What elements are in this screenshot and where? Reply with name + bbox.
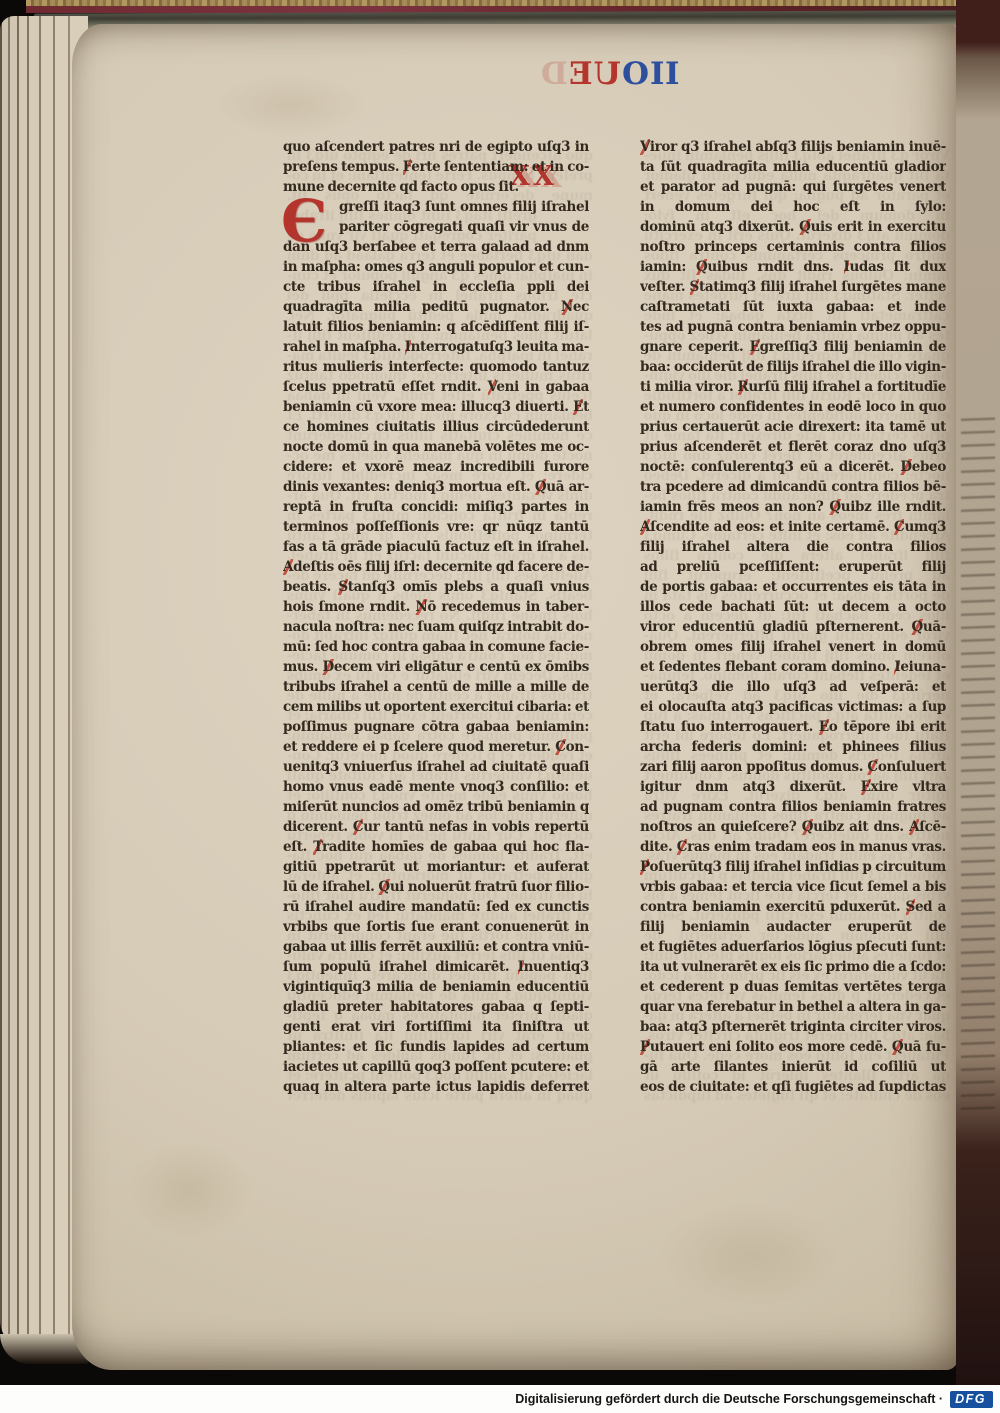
header-letter: O [622,54,649,94]
text-line: mū: ſed hoc contra gabaa in comune facie… [283,637,589,657]
rubricated-capital: A [640,519,650,535]
text-line: vigintiquīq3 milia de beniamin educentiū [283,977,589,997]
adjacent-page-text [961,417,995,1118]
text-line: et ſedentes flebant coram domino. Ieiuna… [640,657,946,677]
text-line: quaq in altera parte ictus lapidis defer… [283,1077,589,1097]
text-line: dicerent. Cur tantū nefas in vobis reper… [283,817,589,837]
rubricated-capital: N [561,299,573,315]
text-line: caſtrametati ſūt iuxta gabaa: et inde pc… [640,297,946,317]
text-line: gitiū ppetrarūt ut moriantur: et auferat… [283,857,589,877]
rubricated-capital: E [819,719,829,735]
text-line: gā arte ſilantes inierūt id coſiliū ut a… [640,1057,946,1077]
text-line: ritus mulieris interfecte: quomodo tantu… [283,357,589,377]
credit-text: Digitalisierung gefördert durch die Deut… [515,1392,943,1406]
text-line: homo vnus eadē mente vnoq3 conſilio: et [283,777,589,797]
text-line: dinis vexantes: deniq3 mortua eſt. Quā a… [283,477,589,497]
rubricated-capital: C [867,759,877,775]
text-line: beniamin cū vxore mea: illucq3 diuerti. … [283,397,589,417]
text-line: cidere: et vxorē meaz incredibili furore… [283,457,589,477]
header-letter: I [665,54,680,94]
rubricated-capital: Q [802,819,813,835]
text-line: et cederent p duas ſemitas vertētes terg… [640,977,946,997]
text-line: igitur dnm atq3 dixerūt. Exire vltra deb… [640,777,946,797]
text-line: iacietes ut capillū qoq3 poſſent pcutere… [283,1057,589,1077]
text-line: eſt. Tradite homīes de gabaa qui hoc fla… [283,837,589,857]
rubricated-capital: Q [799,219,810,235]
dfg-logo: DFG [950,1391,993,1408]
text-line: filij beniamin audacter eruperūt de ciui… [640,917,946,937]
text-line: mus. Decem viri eligātur e centū ex ōmib… [283,657,589,677]
text-line: ad pugnam contra filios beniamin fratres [640,797,946,817]
text-line: miſerūt nuncios ad omēz tribū beniamin q [283,797,589,817]
text-line: contra beniamin exercitū pduxerūt. Sed a [640,897,946,917]
text-line: cte tribus iſrahel in eccleſia ppli dei … [283,277,589,297]
text-line: vrbibs que ſortis ſue erant conuenerūt i… [283,917,589,937]
rubricated-capital: A [909,819,919,835]
text-line: prius aſcenderēt et flerēt coraz dno uſq… [640,437,946,457]
text-line: genti erat viri fortiſſimi ita ſiniſtra … [283,1017,589,1037]
text-line: ita ut vulnerarēt ex eis ſic primo die a… [640,957,946,977]
page-scan-image: DEUOII XX Є quo aſcendert patres nri de … [0,0,1000,1413]
text-line: tes ad pugnā contra beniamin vrbez oppu- [640,317,946,337]
text-line: uerūtq3 die illo uſq3 ad veſperā: et obt… [640,677,946,697]
text-line: Poſuerūtq3 filij iſrahel inſidias p circ… [640,857,946,877]
rubricated-capital: C [555,739,565,755]
text-line: rahel in maſpha. Interrogatuſq3 leuita m… [283,337,589,357]
rubricated-capital: E [861,779,871,795]
text-line: fas a tā grāde piaculū factuz eſt in iſr… [283,537,589,557]
text-line: et fugiētes aduerſarios lōgius pſecuti ſ… [640,937,946,957]
text-line: nocte domū in qua manebā volētes me oc- [283,437,589,457]
digitization-credit-bar: Digitalisierung gefördert durch die Deut… [0,1385,1000,1413]
header-letter: U [594,54,621,94]
rubricated-capital: Q [829,499,840,515]
rubricated-capital: S [690,279,699,295]
text-line: Viror q3 iſrahel abſq3 filijs beniamin i… [640,137,946,157]
text-line: cem milibs ut oportent exercitui cibaria… [283,697,589,717]
text-line: veſter. Statimq3 filij iſrahel ſurgētes … [640,277,946,297]
rubricated-capital: E [573,399,583,415]
text-line: Putauert eni ſolito eos more cedē. Quā f… [640,1037,946,1057]
text-line: prius certauerūt acie direxert: ita tamē… [640,417,946,437]
header-letter: I [650,54,665,94]
text-line: beatis. Stanſq3 omīs plebs a quaſi vnius [283,577,589,597]
rubricated-capital: S [338,579,347,595]
text-line: pariter cōgregati quaſi vir vnus de [283,217,589,237]
text-line: ad preliū pceſſiſſent: eruperūt filij be… [640,557,946,577]
text-line: gladiū preter habitatores gabaa q ſepti- [283,997,589,1017]
text-line: quadragīta milia peditū pugnator. Nec [283,297,589,317]
text-line: baa: occiderūt de filijs iſrahel die ill… [640,357,946,377]
rubricated-capital: C [353,819,363,835]
text-line: archa federis domini: et phinees filius … [640,737,946,757]
text-line: de portis gabaa: et occurrentes eis tāta… [640,577,946,597]
text-line: ei olocauſta atq3 pacificas victimas: a … [640,697,946,717]
text-line: dominū atq3 dixerūt. Quis erit in exerci… [640,217,946,237]
rubricated-capital: Q [892,1039,903,1055]
text-line: et parator ad pugnā: qui ſurgētes venert [640,177,946,197]
rubricated-capital: Q [911,619,922,635]
text-line: quar vna ferebatur in bethel a altera in… [640,997,946,1017]
rubricated-capital: Q [378,879,389,895]
text-line: in domum dei hoc eſt in ſylo: conſulueru… [640,197,946,217]
rubricated-capital: V [640,139,650,155]
rubricated-capital: Q [696,259,707,275]
rubricated-capital: R [738,379,749,395]
adjacent-page-edge [956,0,1000,1386]
text-line: viror educentiū gladiū pſternerent. Quā- [640,617,946,637]
text-line: rū iſrahel audire mandatū: ſed ex cuncti… [283,897,589,917]
text-line: dite. Cras enim tradam eos in manus vras… [640,837,946,857]
text-line: baa: atq3 pſternerēt triginta circiter v… [640,1017,946,1037]
text-column-right: Viror q3 iſrahel abſq3 filijs beniamin i… [640,137,946,1097]
text-line: latuit filios beniamin: q aſcēdiſſent fi… [283,317,589,337]
text-line: iamin frēs meos an non? Quibz ille rndit… [640,497,946,517]
text-line: gabaa ut illis ferrēt auxiliū: et contra… [283,937,589,957]
text-line: ſcelus ppetratū eſſet rndit. Veni in gab… [283,377,589,397]
rubricated-capital: A [283,559,293,575]
text-line: zari filij aaron ppoſitus domus. Conſulu… [640,757,946,777]
running-header: DEUOII [541,54,680,94]
text-line: obrem omes filij iſrahel venert in domū … [640,637,946,657]
text-line: gnare ceperit. Egreſſiq3 filij beniamin … [640,337,946,357]
text-line: ſum populū iſrahel dimicarēt. Inuentiq3 … [283,957,589,977]
rubricated-capital: F [403,159,412,175]
rubricated-capital: C [677,839,687,855]
text-line: eos de ciuitate: et qſi fugiētes ad ſupd… [640,1077,946,1097]
text-line: mune decernite qd facto opus ſit. [283,177,589,197]
text-line: iamin: Quibus rndit dns. Iudas ſit dux [640,257,946,277]
text-line: ſtatu ſuo interrogauert. Eo tēpore ibi e… [640,717,946,737]
rubricated-capital: D [322,659,333,675]
text-line: ta ſūt quadragīta milia educentiū gladio… [640,157,946,177]
text-line: noſtro princeps certaminis contra filios… [640,237,946,257]
rubricated-capital: N [415,599,427,615]
text-line: ti milia viror. Rurſū filij iſrahel a fo… [640,377,946,397]
text-column-left: quo aſcendert patres nri de egipto uſq3 … [283,137,589,1097]
text-line: pliantes: et ſic fundis lapides ad certu… [283,1037,589,1057]
text-line: tribubs iſrahel a centū de mille a mille… [283,677,589,697]
rubricated-capital: D [900,459,911,475]
text-line: poſſimus pugnare cōtra gabaa beniamin: [283,717,589,737]
text-line: greſſi itaq3 ſunt omnes filij iſrahel a [283,197,589,217]
text-line: et numero confidentes in eodē loco in qu… [640,397,946,417]
rubricated-capital: C [894,519,904,535]
text-line: ce homines ciuitatis illius circūdederun… [283,417,589,437]
text-line: terminos poſſeſſionis vre: qr nūqz tantū… [283,517,589,537]
text-line: Aſcendite ad eos: et inite certamē. Cumq… [640,517,946,537]
text-line: noctē: conſulerentq3 eū a dicerēt. Debeo… [640,457,946,477]
header-letter: E [569,54,593,94]
text-line: nacula noſtra: nec ſuam quiſqz intrabit … [283,617,589,637]
text-line: dan uſq3 berſabee et terra galaad ad dnm [283,237,589,257]
rubricated-capital: P [640,1039,650,1055]
text-line: reptā in fruſta concidi: miſiq3 partes i… [283,497,589,517]
text-line: filij iſrahel altera die contra filios b… [640,537,946,557]
rubricated-capital: Q [535,479,546,495]
text-line: hois ſmone rndit. Nō recedemus in taber- [283,597,589,617]
text-line: vrbis gabaa: et tercia vice ſicut ſemel … [640,877,946,897]
header-letter: D [541,54,568,94]
text-line: uenitq3 vniuerſus iſrahel ad ciuitatē qu… [283,757,589,777]
text-line: et reddere ei p ſcelere quod meretur. Co… [283,737,589,757]
text-line: preſens tempus. Ferte ſententiam: et in … [283,157,589,177]
rubricated-capital: T [313,839,322,855]
text-line: quo aſcendert patres nri de egipto uſq3 … [283,137,589,157]
text-line: tra pcedere ad dimicandū contra filios b… [640,477,946,497]
text-line: noſtros an quieſcere? Quibz ait dns. Aſc… [640,817,946,837]
rubricated-capital: E [750,339,760,355]
rubricated-capital: S [906,899,915,915]
text-line: illos cede bachati ſūt: ut decem a octo … [640,597,946,617]
text-line: in maſpha: omes q3 anguli populor et cun… [283,257,589,277]
text-line: lū de iſrahel. Qui noluerūt fratrū ſuor … [283,877,589,897]
text-line: Adeſtis oēs filij iſrl: decernite qd fac… [283,557,589,577]
